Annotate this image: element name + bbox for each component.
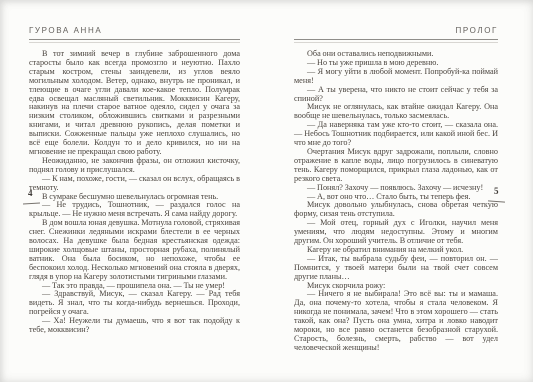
paragraph: Очертания Мисук вдруг задрожали, поплыли… (294, 148, 498, 184)
paragraph: Мисук довольно улыбнулась, снова обретая… (294, 201, 498, 219)
paragraph: В тот зимний вечер в глубине заброшенног… (29, 50, 240, 157)
paragraph: — Я могу уйти в любой момент. Попробуй-к… (294, 68, 498, 86)
book-scan-spread: ГУРОВА АННА В тот зимний вечер в глубине… (0, 0, 533, 382)
running-header-chapter: ПРОЛОГ (294, 26, 498, 35)
paragraph: — А ты уверена, что никто не стоит сейча… (294, 86, 498, 104)
paragraph: — Ха! Неужели ты думаешь, что я вот так … (29, 317, 240, 335)
paragraph: — Да наверняка там уже кто-то стоит, — с… (294, 121, 498, 148)
paragraph: Мисук не оглянулась, как втайне ожидал К… (294, 103, 498, 121)
paragraph: В дом вошла юная девушка. Мотнула голово… (29, 219, 240, 281)
paragraph: — Не трудись, Тошнотник, — раздался голо… (29, 201, 240, 219)
page-number-right: 5 (494, 186, 499, 196)
paragraph: — Мой отец, горный дух с Иголки, научил … (294, 219, 498, 246)
right-page-text-column: Оба они оставались неподвижными.— Но ты … (294, 50, 498, 353)
header-rule-right (294, 39, 498, 43)
paragraph: — К нам, похоже, гости, — сказал он вслу… (29, 175, 240, 193)
paragraph: — Здравствуй, Мисук, — сказал Кагеру. — … (29, 290, 240, 317)
paragraph: — Ничего я не выбирала! Это всё вы: ты и… (294, 290, 498, 352)
left-page-text-column: В тот зимний вечер в глубине заброшенног… (29, 50, 240, 335)
running-header-author: ГУРОВА АННА (29, 26, 240, 35)
header-rule-left (29, 39, 240, 43)
paragraph: Неожиданно, не закончив фразы, он отложи… (29, 157, 240, 175)
page-number-left: 4 (28, 188, 33, 198)
paragraph: — Итак, ты выбрала судьбу феи, — повтори… (294, 255, 498, 282)
